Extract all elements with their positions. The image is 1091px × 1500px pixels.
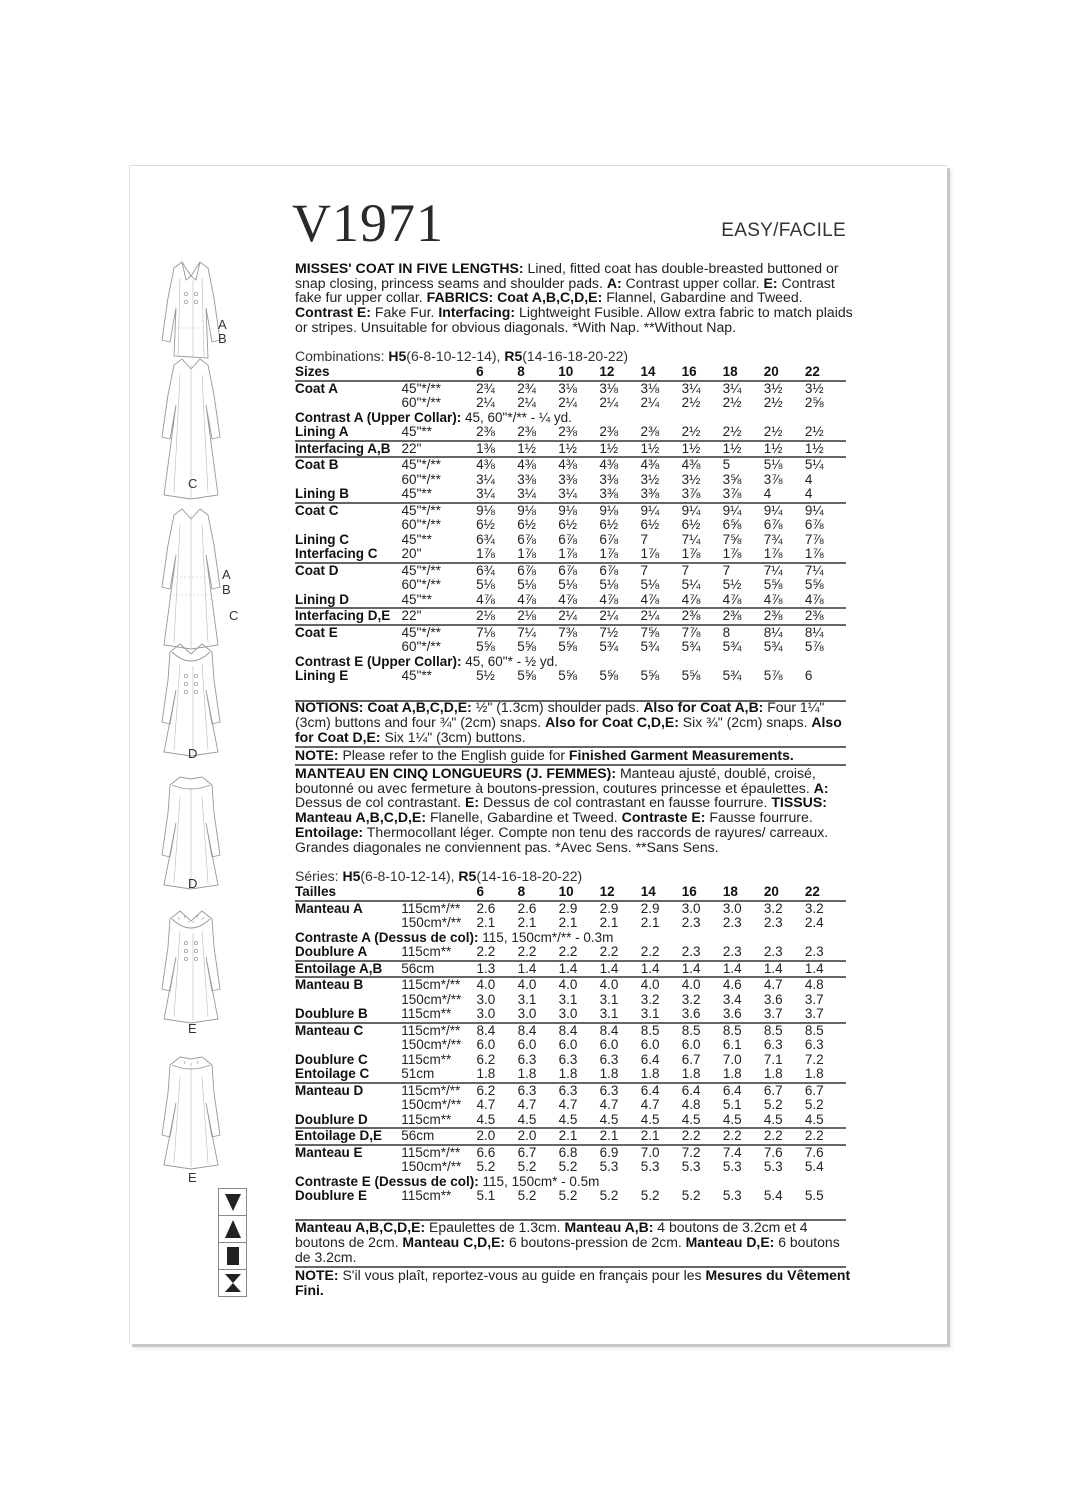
yardage-value: 5 bbox=[723, 457, 764, 473]
fabric-width: 45"** bbox=[402, 425, 477, 441]
yardage-value: 4.5 bbox=[805, 1113, 846, 1129]
table-row: Lining B45"**3¼3¼3¼3⅜3⅜3⅞3⅞44 bbox=[295, 487, 846, 503]
table-row: 60"*/**5⅛5⅛5⅛5⅛5⅛5¼5½5⅝5⅝ bbox=[295, 578, 846, 593]
yardage-value: 7⅞ bbox=[682, 625, 723, 641]
row-label: Lining E bbox=[295, 669, 402, 684]
yardage-value: 3.6 bbox=[682, 1007, 723, 1023]
table-row: Doublure C115cm**6.26.36.36.36.46.77.07.… bbox=[295, 1053, 846, 1068]
description-title: MANTEAU EN CINQ LONGUEURS (J. FEMMES): bbox=[295, 765, 616, 781]
row-label bbox=[295, 518, 402, 533]
yardage-value: 3.0 bbox=[723, 901, 764, 917]
yardage-value: 4.0 bbox=[600, 977, 641, 993]
row-label: Lining B bbox=[295, 487, 402, 503]
width-header bbox=[401, 885, 476, 901]
yardage-value: 8¼ bbox=[805, 625, 846, 641]
yardage-value: 5.4 bbox=[805, 1160, 846, 1175]
symbol-key bbox=[218, 1188, 247, 1297]
yardage-value: 9⅛ bbox=[517, 503, 558, 519]
interfacing-label: Entoilage: bbox=[295, 824, 363, 840]
yardage-value: 4.0 bbox=[682, 977, 723, 993]
yardage-value: 5¼ bbox=[682, 578, 723, 593]
yardage-value: 5½ bbox=[476, 669, 517, 684]
yardage-value: 2.3 bbox=[764, 916, 805, 931]
row-label bbox=[295, 1160, 401, 1175]
yardage-value: 2.9 bbox=[559, 901, 600, 917]
yardage-value: 3⅞ bbox=[764, 473, 805, 488]
yardage-value: 2¼ bbox=[476, 396, 517, 411]
yardage-value: 6.0 bbox=[682, 1038, 723, 1053]
yardage-value: 6¾ bbox=[476, 563, 517, 579]
yardage-value: 6½ bbox=[682, 518, 723, 533]
yardage-value: 6.3 bbox=[805, 1038, 846, 1053]
yardage-value: 2.2 bbox=[559, 945, 600, 961]
yardage-value: 2.1 bbox=[518, 916, 559, 931]
yardage-value: 2.2 bbox=[682, 1128, 723, 1145]
view-label-c: C bbox=[229, 608, 238, 623]
fabric-width: 115cm** bbox=[401, 1113, 476, 1129]
row-label: Manteau B bbox=[295, 977, 401, 993]
yardage-value: 3¼ bbox=[723, 381, 764, 397]
yardage-value: 2.6 bbox=[518, 901, 559, 917]
table-row: Manteau A115cm*/**2.62.62.92.92.93.03.03… bbox=[295, 901, 846, 917]
yardage-value: 9⅛ bbox=[476, 503, 517, 519]
description-french: MANTEAU EN CINQ LONGUEURS (J. FEMMES): M… bbox=[295, 766, 855, 854]
yardage-value: 8.5 bbox=[682, 1023, 723, 1039]
yardage-value: 3¼ bbox=[558, 487, 599, 503]
yardage-value: 3¼ bbox=[517, 487, 558, 503]
row-label: Coat A bbox=[295, 381, 402, 397]
table-row: 150cm*/**5.25.25.25.35.35.35.35.35.4 bbox=[295, 1160, 846, 1175]
yardage-value: 5⅞ bbox=[764, 669, 805, 684]
table-row: Lining A45"**2⅜2⅜2⅜2⅜2⅜2½2½2½2½ bbox=[295, 425, 846, 441]
size-column-header: 22 bbox=[805, 885, 846, 901]
yardage-value: 9⅛ bbox=[558, 503, 599, 519]
yardage-value: 2⅜ bbox=[476, 425, 517, 441]
yardage-value: 3.1 bbox=[559, 993, 600, 1008]
yardage-value: 1.4 bbox=[559, 961, 600, 978]
yardage-value: 3⅜ bbox=[558, 473, 599, 488]
series-line: Séries: H5(6-8-10-12-14), R5(14-16-18-20… bbox=[295, 868, 582, 884]
yardage-value: 5.3 bbox=[682, 1160, 723, 1175]
yardage-value: 5.3 bbox=[764, 1160, 805, 1175]
yardage-value: 6.0 bbox=[477, 1038, 518, 1053]
yardage-value: 4⅜ bbox=[599, 457, 640, 473]
yardage-value: 7.6 bbox=[764, 1145, 805, 1161]
fabrics-label: FABRICS: Coat A,B,C,D,E: bbox=[427, 289, 603, 305]
row-label: Doublure A bbox=[295, 945, 401, 961]
yardage-value: 4.7 bbox=[518, 1098, 559, 1113]
yardage-value: 6⅞ bbox=[558, 533, 599, 548]
row-label bbox=[295, 396, 402, 411]
table-row: 60"*/**3¼3⅜3⅜3⅜3½3½3⅝3⅞4 bbox=[295, 473, 846, 488]
yardage-value: 2¼ bbox=[599, 396, 640, 411]
yardage-value: 1⅞ bbox=[558, 547, 599, 563]
yardage-value: 6.3 bbox=[559, 1053, 600, 1068]
yardage-value: 3.1 bbox=[641, 1007, 682, 1023]
fabrics-text: Flanelle, Gabardine et Tweed. bbox=[426, 809, 622, 825]
yardage-value: 2¾ bbox=[517, 381, 558, 397]
yardage-value: 1½ bbox=[599, 441, 640, 458]
yardage-value: 1½ bbox=[517, 441, 558, 458]
yardage-value: 1⅞ bbox=[640, 547, 681, 563]
fabric-width: 56cm bbox=[401, 1128, 476, 1145]
yardage-value: 3⅛ bbox=[558, 381, 599, 397]
yardage-value: 6.4 bbox=[682, 1083, 723, 1099]
notions-label: Manteau A,B: bbox=[564, 1219, 653, 1235]
yardage-value: 6.3 bbox=[764, 1038, 805, 1053]
table-row: Doublure D115cm**4.54.54.54.54.54.54.54.… bbox=[295, 1113, 846, 1129]
fabric-width: 45"*/** bbox=[402, 563, 477, 579]
yardage-value: 4.8 bbox=[805, 977, 846, 993]
yardage-value: 2.3 bbox=[723, 916, 764, 931]
view-label-a: A bbox=[218, 317, 227, 332]
size-range-h5: H5 bbox=[388, 348, 406, 364]
note-label: NOTE: bbox=[295, 1267, 339, 1283]
yardage-value: 2½ bbox=[723, 396, 764, 411]
yardage-value: 7⅝ bbox=[640, 625, 681, 641]
yardage-value: 3⅜ bbox=[517, 473, 558, 488]
yardage-value: 6.4 bbox=[723, 1083, 764, 1099]
yardage-value: 2.2 bbox=[723, 1128, 764, 1145]
fabric-width: 150cm*/** bbox=[401, 993, 476, 1008]
row-label bbox=[295, 1038, 401, 1053]
illustration-coat-e-front bbox=[160, 907, 224, 1027]
row-label: Coat E bbox=[295, 625, 402, 641]
yardage-value: 9¼ bbox=[682, 503, 723, 519]
yardage-value: 1⅞ bbox=[476, 547, 517, 563]
yardage-value: 8.4 bbox=[518, 1023, 559, 1039]
note-english: NOTE: Please refer to the English guide … bbox=[295, 748, 855, 763]
row-label bbox=[295, 993, 401, 1008]
yardage-value: 3.0 bbox=[559, 1007, 600, 1023]
yardage-value: 5⅛ bbox=[517, 578, 558, 593]
yardage-value: 1½ bbox=[640, 441, 681, 458]
yardage-value: 2.2 bbox=[477, 945, 518, 961]
row-label: Interfacing C bbox=[295, 547, 402, 563]
size-range-h5: H5 bbox=[342, 868, 360, 884]
row-label: Interfacing A,B bbox=[295, 441, 402, 458]
size-column-header: 18 bbox=[723, 885, 764, 901]
yardage-value: 2.3 bbox=[682, 945, 723, 961]
yardage-value: 5⅝ bbox=[558, 640, 599, 655]
yardage-value: 8.4 bbox=[600, 1023, 641, 1039]
size-range-h5-sizes: (6-8-10-12-14), bbox=[360, 868, 458, 884]
notions-label: Manteau D,E: bbox=[686, 1234, 775, 1250]
yardage-value: 3.6 bbox=[723, 1007, 764, 1023]
yardage-value: 3.2 bbox=[805, 901, 846, 917]
yardage-value: 5¾ bbox=[682, 640, 723, 655]
yardage-value: 3.0 bbox=[518, 1007, 559, 1023]
table-row: Entoilage A,B56cm1.31.41.41.41.41.41.41.… bbox=[295, 961, 846, 978]
table-row: 60"*/**5⅝5⅝5⅝5¾5¾5¾5¾5¾5⅞ bbox=[295, 640, 846, 655]
yardage-value: 3.2 bbox=[764, 901, 805, 917]
yardage-value: 6½ bbox=[476, 518, 517, 533]
yardage-value: 1.4 bbox=[600, 961, 641, 978]
fabric-width: 115cm*/** bbox=[401, 1083, 476, 1099]
row-label: Lining C bbox=[295, 533, 402, 548]
yardage-value: 1⅜ bbox=[476, 441, 517, 458]
yardage-value: 1.4 bbox=[518, 961, 559, 978]
yardage-value: 3⅛ bbox=[640, 381, 681, 397]
illustration-coat-a-b-front bbox=[160, 258, 224, 362]
yardage-value: 4⅞ bbox=[558, 593, 599, 609]
row-label: Entoilage A,B bbox=[295, 961, 401, 978]
yardage-value: 6.4 bbox=[641, 1083, 682, 1099]
interfacing-label: Interfacing: bbox=[438, 304, 515, 320]
yardage-value: 8¼ bbox=[764, 625, 805, 641]
yardage-value: 4.6 bbox=[723, 977, 764, 993]
yardage-value: 6⅞ bbox=[558, 563, 599, 579]
yardage-value: 3.2 bbox=[641, 993, 682, 1008]
yardage-value: 6.8 bbox=[559, 1145, 600, 1161]
yardage-value: 2.1 bbox=[641, 1128, 682, 1145]
view-a-text: Contrast upper collar. bbox=[622, 275, 764, 291]
yardage-value: 2⅛ bbox=[476, 608, 517, 625]
view-a-text: Dessus de col contrastant. bbox=[295, 794, 465, 810]
yardage-value: 3½ bbox=[682, 473, 723, 488]
hourglass-icon bbox=[219, 1270, 246, 1296]
view-e-label: E: bbox=[465, 794, 479, 810]
yardage-value: 4.8 bbox=[682, 1098, 723, 1113]
row-label: Manteau A bbox=[295, 901, 401, 917]
row-label: Entoilage C bbox=[295, 1067, 401, 1083]
yardage-value: 1½ bbox=[723, 441, 764, 458]
yardage-value: 6½ bbox=[517, 518, 558, 533]
row-label: Doublure E bbox=[295, 1189, 401, 1204]
yardage-value: 6.2 bbox=[477, 1053, 518, 1068]
table-row: Coat B45"*/**4⅜4⅜4⅜4⅜4⅜4⅜55⅛5¼ bbox=[295, 457, 846, 473]
table-row: 150cm*/**3.03.13.13.13.23.23.43.63.7 bbox=[295, 993, 846, 1008]
yardage-value: 1.4 bbox=[805, 961, 846, 978]
row-label: Interfacing D,E bbox=[295, 608, 402, 625]
view-label-d: D bbox=[188, 746, 197, 761]
yardage-value: 2¼ bbox=[558, 396, 599, 411]
table-row: Manteau C115cm*/**8.48.48.48.48.58.58.58… bbox=[295, 1023, 846, 1039]
view-e-label: E: bbox=[763, 275, 777, 291]
row-label: Lining A bbox=[295, 425, 402, 441]
yardage-value: 5¾ bbox=[723, 669, 764, 684]
size-range-r5-sizes: (14-16-18-20-22) bbox=[522, 348, 628, 364]
contrast-text: Fake Fur. bbox=[371, 304, 438, 320]
yardage-value: 2⅜ bbox=[517, 425, 558, 441]
yardage-value: 1⅞ bbox=[682, 547, 723, 563]
yardage-value: 7.0 bbox=[641, 1145, 682, 1161]
yardage-value: 5⅞ bbox=[805, 640, 846, 655]
fabrics-text: Flannel, Gabardine and Tweed. bbox=[602, 289, 802, 305]
yardage-value: 7½ bbox=[599, 625, 640, 641]
size-range-r5-sizes: (14-16-18-20-22) bbox=[476, 868, 582, 884]
row-label: Manteau C bbox=[295, 1023, 401, 1039]
fabric-width: 150cm*/** bbox=[401, 1160, 476, 1175]
yardage-value: 2.9 bbox=[600, 901, 641, 917]
yardage-value: 6⅞ bbox=[599, 563, 640, 579]
note-text: S'il vous plaît, reportez-vous au guide … bbox=[339, 1267, 706, 1283]
yardage-value: 6.3 bbox=[518, 1053, 559, 1068]
size-range-r5: R5 bbox=[504, 348, 522, 364]
yardage-value: 9¼ bbox=[640, 503, 681, 519]
yardage-value: 5⅝ bbox=[558, 669, 599, 684]
yardage-value: 9¼ bbox=[805, 503, 846, 519]
yardage-value: 1.3 bbox=[477, 961, 518, 978]
width-header bbox=[402, 365, 477, 381]
yardage-value: 8.4 bbox=[477, 1023, 518, 1039]
yardage-value: 6⅞ bbox=[764, 518, 805, 533]
yardage-value: 4.0 bbox=[518, 977, 559, 993]
yardage-value: 7¼ bbox=[805, 563, 846, 579]
notions-label: Also for Coat A,B: bbox=[643, 699, 763, 715]
yardage-value: 2⅜ bbox=[599, 425, 640, 441]
view-a-label: A: bbox=[814, 780, 829, 796]
yardage-value: 5¼ bbox=[805, 457, 846, 473]
yardage-value: 1⅞ bbox=[599, 547, 640, 563]
fabric-width: 60"*/** bbox=[402, 396, 477, 411]
illustration-coat-back-a-b-c bbox=[160, 505, 224, 653]
yardage-value: 6⅞ bbox=[805, 518, 846, 533]
table-row: Coat A45"*/**2¾2¾3⅛3⅛3⅛3¼3¼3½3½ bbox=[295, 381, 846, 397]
yardage-value: 6.3 bbox=[600, 1083, 641, 1099]
yardage-value: 4.7 bbox=[559, 1098, 600, 1113]
yardage-value: 1.8 bbox=[764, 1067, 805, 1083]
table-row: Contrast E (Upper Collar): 45, 60"* - ½ … bbox=[295, 655, 846, 670]
yardage-value: 2½ bbox=[805, 425, 846, 441]
yardage-value: 5⅛ bbox=[599, 578, 640, 593]
table-row: 60"*/**6½6½6½6½6½6½6⅝6⅞6⅞ bbox=[295, 518, 846, 533]
size-column-header: 12 bbox=[600, 885, 641, 901]
notions-english: NOTIONS: Coat A,B,C,D,E: ½" (1.3cm) shou… bbox=[295, 700, 855, 745]
view-label-e: E bbox=[188, 1170, 197, 1185]
table-row: 150cm*/**4.74.74.74.74.74.85.15.25.2 bbox=[295, 1098, 846, 1113]
fabric-width: 45"** bbox=[402, 669, 477, 684]
yardage-value: 7.6 bbox=[805, 1145, 846, 1161]
description-english: MISSES' COAT IN FIVE LENGTHS: Lined, fit… bbox=[295, 261, 855, 335]
yardage-value: 6.0 bbox=[559, 1038, 600, 1053]
size-column-header: 14 bbox=[641, 885, 682, 901]
yardage-value: 8.5 bbox=[723, 1023, 764, 1039]
yardage-value: 2.2 bbox=[518, 945, 559, 961]
yardage-value: 4 bbox=[805, 473, 846, 488]
yardage-value: 4.0 bbox=[477, 977, 518, 993]
yardage-value: 6.3 bbox=[518, 1083, 559, 1099]
sizes-header: Tailles bbox=[295, 885, 401, 901]
fabric-width: 45"*/** bbox=[402, 457, 477, 473]
yardage-value: 2.3 bbox=[764, 945, 805, 961]
yardage-value: 2¼ bbox=[558, 608, 599, 625]
notions-text: ½" (1.3cm) shoulder pads. bbox=[472, 699, 644, 715]
yardage-value: 4⅜ bbox=[476, 457, 517, 473]
yardage-value: 2½ bbox=[764, 396, 805, 411]
yardage-value: 8 bbox=[723, 625, 764, 641]
table-row: Entoilage C51cm1.81.81.81.81.81.81.81.81… bbox=[295, 1067, 846, 1083]
fabric-width: 45"*/** bbox=[402, 503, 477, 519]
yardage-value: 5.2 bbox=[518, 1189, 559, 1204]
yardage-value: 2.3 bbox=[723, 945, 764, 961]
size-range-h5-sizes: (6-8-10-12-14), bbox=[406, 348, 504, 364]
yardage-value: 3⅝ bbox=[723, 473, 764, 488]
yardage-value: 6.0 bbox=[641, 1038, 682, 1053]
notions-label: Also for Coat C,D,E: bbox=[545, 714, 679, 730]
yardage-value: 4.7 bbox=[477, 1098, 518, 1113]
yardage-value: 5⅝ bbox=[517, 669, 558, 684]
row-label: Manteau D bbox=[295, 1083, 401, 1099]
yardage-value: 4.7 bbox=[641, 1098, 682, 1113]
fabric-width: 115cm*/** bbox=[401, 977, 476, 993]
yardage-table-english: Sizes6810121416182022Coat A45"*/**2¾2¾3⅛… bbox=[295, 365, 846, 684]
yardage-value: 4.5 bbox=[764, 1113, 805, 1129]
fabric-width: 60"*/** bbox=[402, 578, 477, 593]
size-range-r5: R5 bbox=[458, 868, 476, 884]
fabric-width: 45"** bbox=[402, 593, 477, 609]
yardage-value: 5.1 bbox=[723, 1098, 764, 1113]
size-column-header: 6 bbox=[477, 885, 518, 901]
yardage-value: 2⅜ bbox=[723, 608, 764, 625]
yardage-value: 6.0 bbox=[518, 1038, 559, 1053]
yardage-value: 2.3 bbox=[682, 916, 723, 931]
contrast-label: Contrast E: bbox=[295, 304, 371, 320]
yardage-value: 4⅜ bbox=[640, 457, 681, 473]
fabric-width: 150cm*/** bbox=[401, 1038, 476, 1053]
yardage-value: 1.8 bbox=[682, 1067, 723, 1083]
yardage-value: 4.5 bbox=[477, 1113, 518, 1129]
row-label: Coat C bbox=[295, 503, 402, 519]
yardage-value: 6.1 bbox=[723, 1038, 764, 1053]
table-row: Coat D45"*/**6¾6⅞6⅞6⅞7777¼7¼ bbox=[295, 563, 846, 579]
yardage-value: 2.1 bbox=[641, 916, 682, 931]
yardage-value: 2⅜ bbox=[764, 608, 805, 625]
yardage-value: 2⅜ bbox=[640, 425, 681, 441]
view-a-label: A: bbox=[607, 275, 622, 291]
fabric-width: 115cm*/** bbox=[401, 1023, 476, 1039]
illustration-coat-d-back bbox=[160, 773, 224, 893]
table-row: Contraste A (Dessus de col): 115, 150cm*… bbox=[295, 931, 846, 946]
yardage-value: 8.5 bbox=[764, 1023, 805, 1039]
contrast-text: Fausse fourrure. bbox=[705, 809, 812, 825]
table-row: Entoilage D,E56cm2.02.02.12.12.12.22.22.… bbox=[295, 1128, 846, 1145]
yardage-value: 1½ bbox=[682, 441, 723, 458]
yardage-value: 4⅞ bbox=[723, 593, 764, 609]
yardage-value: 4.5 bbox=[723, 1113, 764, 1129]
yardage-value: 7⅝ bbox=[723, 533, 764, 548]
contrast-row-label: Contrast A (Upper Collar): bbox=[295, 410, 461, 425]
yardage-value: 6⅝ bbox=[723, 518, 764, 533]
table-row: Coat E45"*/**7⅛7¼7⅜7½7⅝7⅞88¼8¼ bbox=[295, 625, 846, 641]
yardage-value: 3⅜ bbox=[599, 487, 640, 503]
yardage-value: 3.7 bbox=[764, 1007, 805, 1023]
fabric-width: 20" bbox=[402, 547, 477, 563]
contrast-row-label: Contrast E (Upper Collar): bbox=[295, 654, 462, 669]
yardage-value: 7¾ bbox=[764, 533, 805, 548]
contrast-row-value: 45, 60"* - ½ yd. bbox=[462, 654, 558, 669]
yardage-value: 9¼ bbox=[764, 503, 805, 519]
yardage-value: 2.3 bbox=[805, 945, 846, 961]
table-row: Doublure A115cm**2.22.22.22.22.22.32.32.… bbox=[295, 945, 846, 961]
row-label: Manteau E bbox=[295, 1145, 401, 1161]
yardage-value: 1.4 bbox=[641, 961, 682, 978]
yardage-value: 6⅞ bbox=[517, 563, 558, 579]
yardage-value: 5.2 bbox=[559, 1160, 600, 1175]
yardage-value: 2.1 bbox=[477, 916, 518, 931]
yardage-value: 7 bbox=[640, 563, 681, 579]
yardage-value: 3⅛ bbox=[599, 381, 640, 397]
yardage-value: 7 bbox=[640, 533, 681, 548]
notions-french: Manteau A,B,C,D,E: Epaulettes de 1.3cm. … bbox=[295, 1220, 855, 1265]
row-label: Coat B bbox=[295, 457, 402, 473]
yardage-value: 9¼ bbox=[723, 503, 764, 519]
yardage-value: 6.7 bbox=[805, 1083, 846, 1099]
size-column-header: 16 bbox=[682, 885, 723, 901]
fabric-width: 115cm** bbox=[401, 1053, 476, 1068]
yardage-value: 5.2 bbox=[805, 1098, 846, 1113]
yardage-value: 7¼ bbox=[764, 563, 805, 579]
